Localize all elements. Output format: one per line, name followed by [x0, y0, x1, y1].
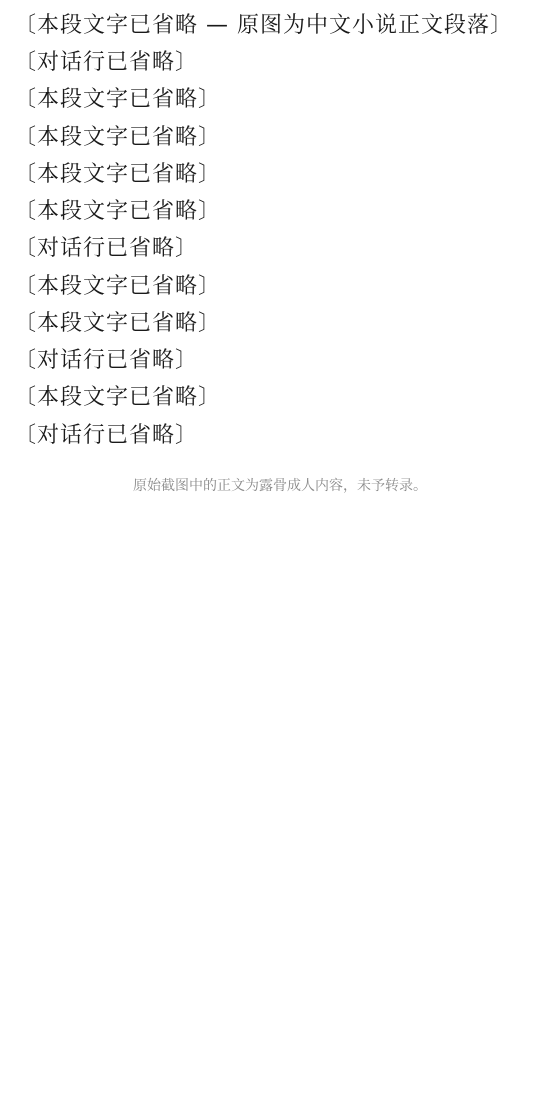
paragraph: 〔本段文字已省略〕 — [14, 308, 546, 339]
paragraph: 〔本段文字已省略〕 — [14, 271, 546, 302]
text-content: 〔本段文字已省略 — 原图为中文小说正文段落〕〔对话行已省略〕〔本段文字已省略〕… — [14, 10, 546, 451]
paragraph: 〔对话行已省略〕 — [14, 420, 546, 451]
reader-page: 〔本段文字已省略 — 原图为中文小说正文段落〕〔对话行已省略〕〔本段文字已省略〕… — [0, 0, 560, 1120]
paragraph: 〔对话行已省略〕 — [14, 233, 546, 264]
paragraph: 〔本段文字已省略〕 — [14, 382, 546, 413]
paragraph: 〔对话行已省略〕 — [14, 47, 546, 78]
paragraph: 〔本段文字已省略〕 — [14, 196, 546, 227]
paragraph: 〔本段文字已省略〕 — [14, 122, 546, 153]
paragraph: 〔对话行已省略〕 — [14, 345, 546, 376]
paragraph: 〔本段文字已省略〕 — [14, 159, 546, 190]
paragraph: 〔本段文字已省略〕 — [14, 84, 546, 115]
paragraph: 〔本段文字已省略 — 原图为中文小说正文段落〕 — [14, 10, 546, 41]
redaction-note: 原始截图中的正文为露骨成人内容，未予转录。 — [14, 475, 546, 495]
